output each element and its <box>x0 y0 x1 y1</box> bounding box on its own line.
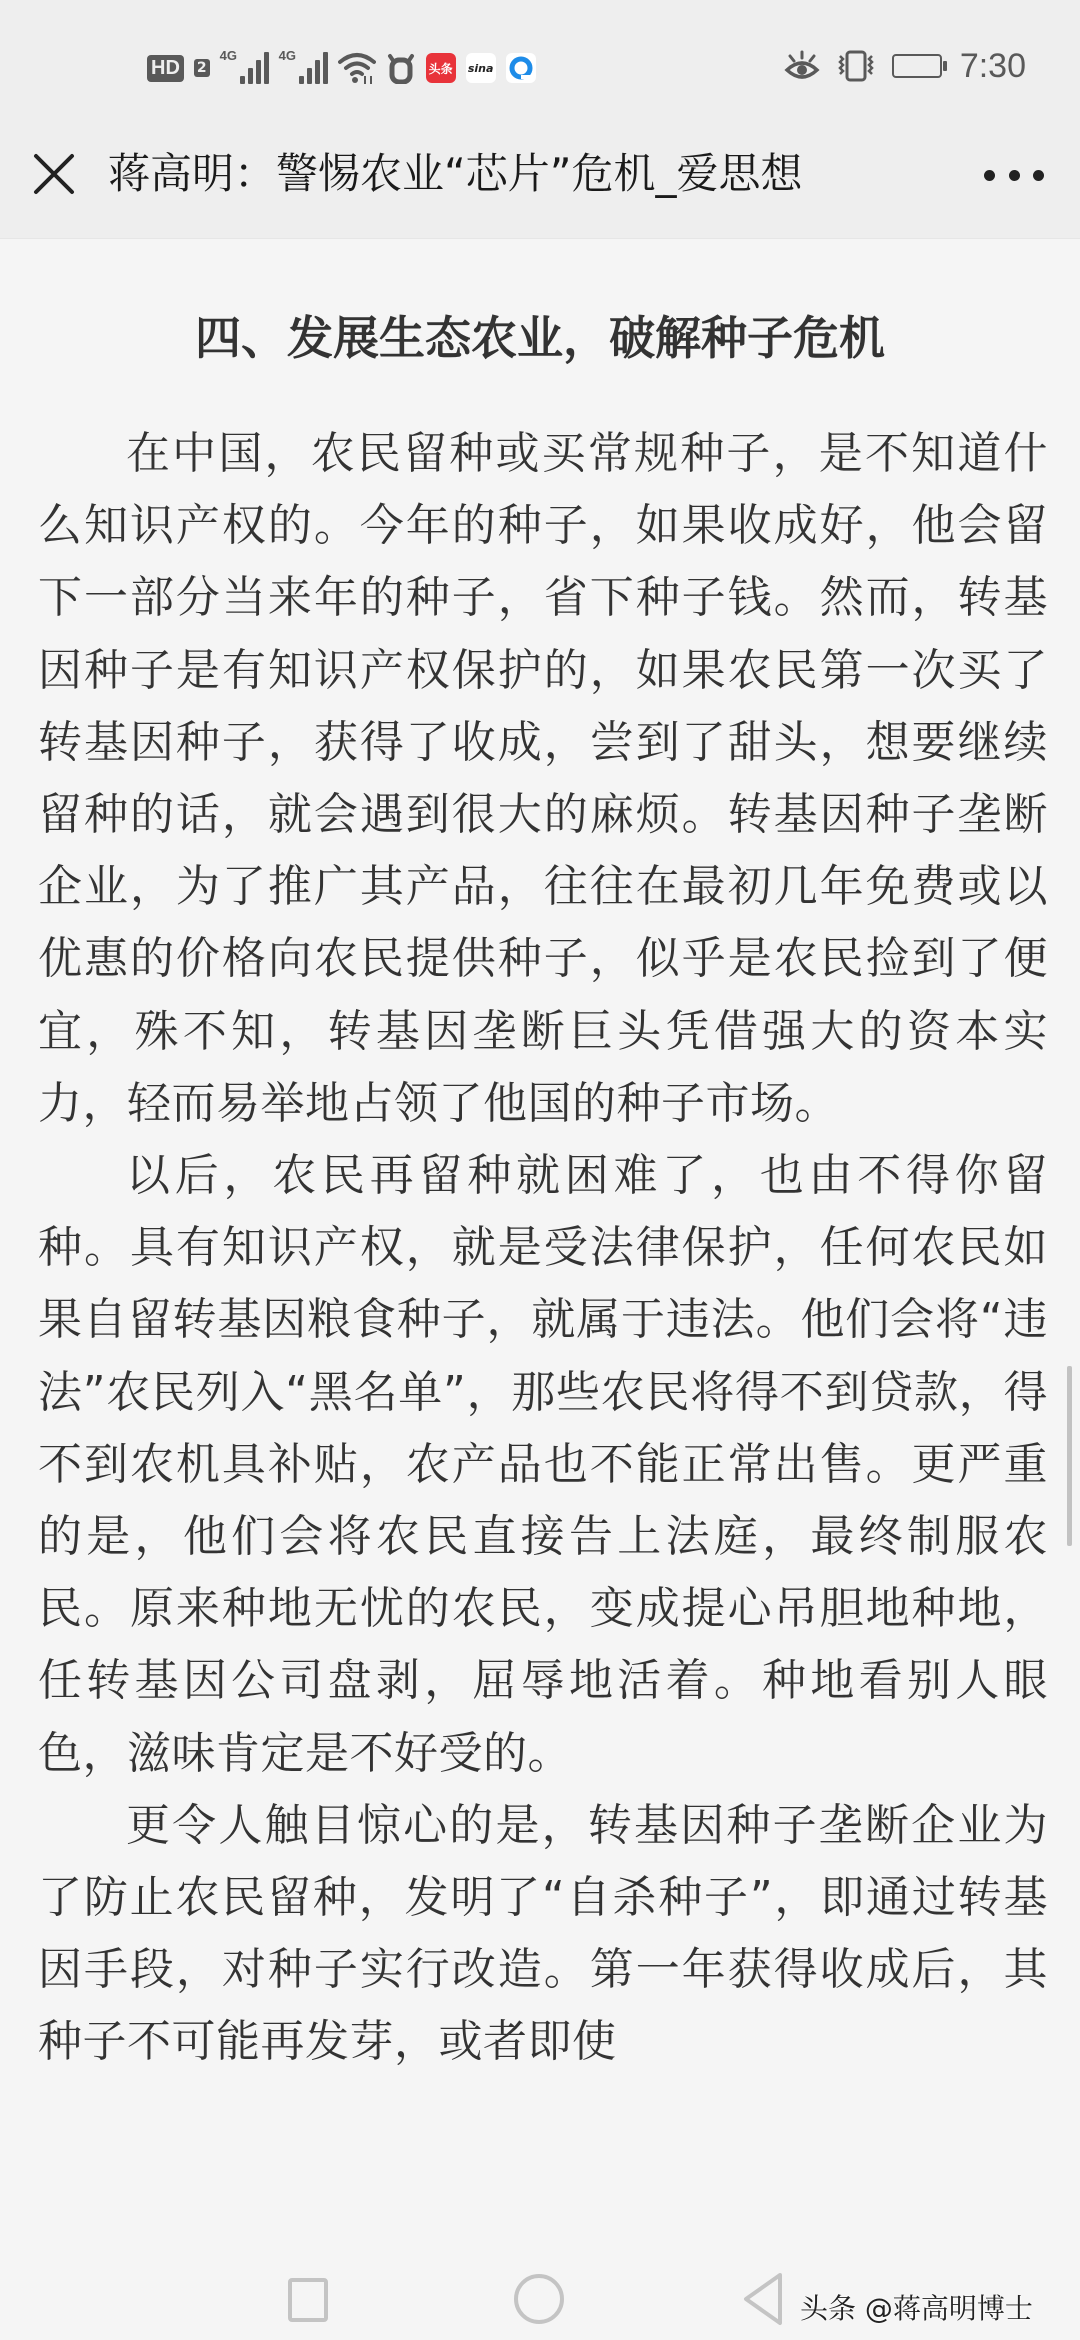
hd-voice-icon: HD <box>147 55 184 82</box>
status-left: HD 2 4G 4G 头条 sina <box>147 48 536 88</box>
eye-comfort-icon <box>784 50 820 82</box>
article-paragraph: 更令人触目惊心的是，转基因种子垄断企业为了防止农民留种，发明了“自杀种子”，即通… <box>38 1790 1048 2079</box>
dot-icon <box>1009 170 1020 181</box>
signal-4g-icon: 4G <box>279 52 328 84</box>
watermark: 头条 @蒋高明博士 <box>800 2287 1033 2327</box>
close-button[interactable] <box>28 148 80 200</box>
clock: 7:30 <box>960 47 1026 86</box>
vibrate-icon <box>834 50 878 82</box>
alarm-icon <box>386 52 416 84</box>
article-paragraph: 在中国，农民留种或买常规种子，是不知道什么知识产权的。今年的种子，如果收成好，他… <box>38 418 1048 1140</box>
sim-2-icon: 2 <box>194 59 210 77</box>
wifi-icon <box>338 52 376 84</box>
article-content: 四、发展生态农业，破解种子危机 在中国，农民留种或买常规种子，是不知道什么知识产… <box>38 300 1048 2079</box>
battery-icon <box>892 54 942 78</box>
status-right: 7:30 <box>784 46 1026 86</box>
home-button[interactable] <box>514 2274 564 2324</box>
article-paragraph: 以后，农民再留种就困难了，也由不得你留种。具有知识产权，就是受法律保护，任何农民… <box>38 1140 1048 1790</box>
back-button[interactable] <box>740 2271 788 2327</box>
recent-apps-button[interactable] <box>288 2278 328 2322</box>
sina-app-icon: sina <box>466 53 496 83</box>
dot-icon <box>984 170 995 181</box>
title-bar: 蒋高明：警惕农业“芯片”危机_爱思想 <box>0 120 1080 239</box>
dot-icon <box>1033 170 1044 181</box>
page-title: 蒋高明：警惕农业“芯片”危机_爱思想 <box>108 144 803 204</box>
browser-app-icon <box>506 53 536 83</box>
scrollbar[interactable] <box>1067 1366 1072 1546</box>
signal-4g-icon: 4G <box>220 52 269 84</box>
toutiao-app-icon: 头条 <box>426 53 456 83</box>
more-options-button[interactable] <box>984 160 1044 190</box>
section-heading: 四、发展生态农业，破解种子危机 <box>0 308 1080 368</box>
status-bar: HD 2 4G 4G 头条 sina <box>0 0 1080 120</box>
